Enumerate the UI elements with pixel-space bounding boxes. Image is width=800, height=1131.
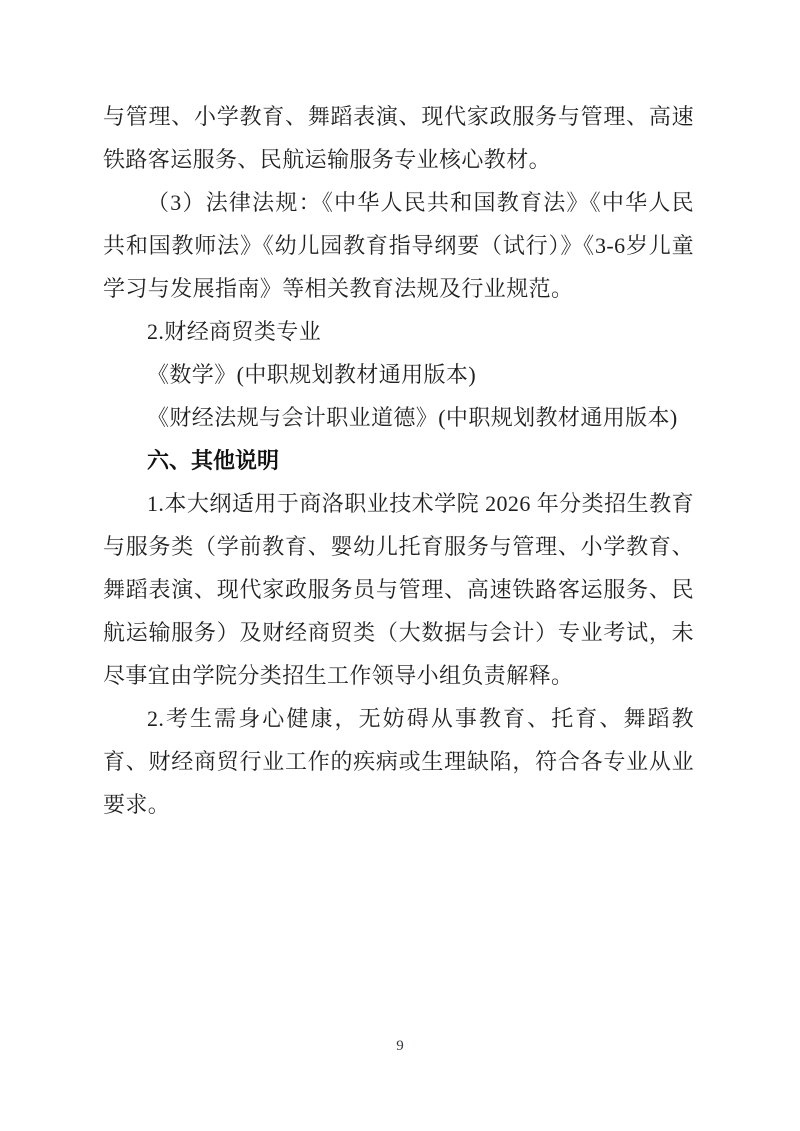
- paragraph-finance-law-textbook: 《财经法规与会计职业道德》(中职规划教材通用版本): [103, 396, 694, 439]
- document-body: 与管理、小学教育、舞蹈表演、现代家政服务与管理、高速铁路客运服务、民航运输服务专…: [103, 95, 694, 826]
- section-heading-other-notes: 六、其他说明: [103, 439, 694, 482]
- paragraph-finance-trade-major: 2.财经商贸类专业: [103, 310, 694, 353]
- document-page: 与管理、小学教育、舞蹈表演、现代家政服务与管理、高速铁路客运服务、民航运输服务专…: [0, 0, 800, 1131]
- paragraph-laws-and-regulations: （3）法律法规：《中华人民共和国教育法》《中华人民共和国教师法》《幼儿园教育指导…: [103, 181, 694, 310]
- paragraph-math-textbook: 《数学》(中职规划教材通用版本): [103, 353, 694, 396]
- paragraph-textbook-scope-continuation: 与管理、小学教育、舞蹈表演、现代家政服务与管理、高速铁路客运服务、民航运输服务专…: [103, 95, 694, 181]
- paragraph-other-note-1: 1.本大纲适用于商洛职业技术学院 2026 年分类招生教育与服务类（学前教育、婴…: [103, 482, 694, 697]
- page-number: 9: [0, 1036, 800, 1056]
- paragraph-other-note-2: 2.考生需身心健康，无妨碍从事教育、托育、舞蹈教育、财经商贸行业工作的疾病或生理…: [103, 697, 694, 826]
